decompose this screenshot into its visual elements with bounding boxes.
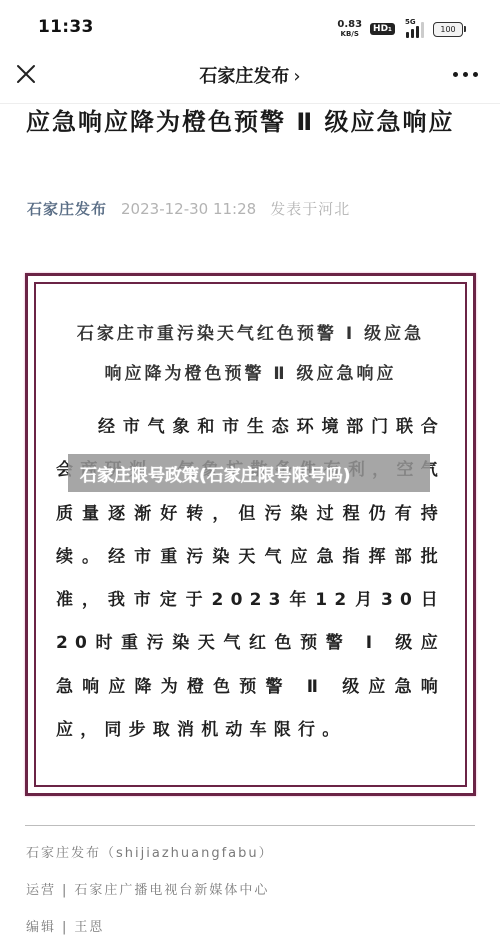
account-name-link[interactable]: 石家庄发布 (27, 198, 107, 219)
account-title-link[interactable]: 石家庄发布› (0, 62, 500, 88)
operator-label: 运营 (26, 883, 56, 898)
notice-heading-line2: 响应降为橙色预警 Ⅱ 级应急响应 (36, 354, 465, 394)
notice-heading-line1: 石家庄市重污染天气红色预警 Ⅰ 级应急 (36, 314, 465, 354)
status-time: 11:33 (38, 17, 94, 37)
notice-inner-frame: 石家庄市重污染天气红色预警 Ⅰ 级应急 响应降为橙色预警 Ⅱ 级应急响应 经市气… (34, 282, 467, 787)
status-icons: 0.83 KB/S HD₁ 5G 100 (337, 18, 466, 40)
footer-divider (25, 825, 475, 826)
notice-heading: 石家庄市重污染天气红色预警 Ⅰ 级应急 响应降为橙色预警 Ⅱ 级应急响应 (36, 314, 465, 394)
operator-value: 石家庄广播电视台新媒体中心 (74, 883, 269, 898)
footer-source: 石家庄发布（shijiazhuangfabu） (26, 842, 274, 861)
more-button[interactable] (453, 72, 478, 77)
nav-bar: 石家庄发布› (0, 52, 500, 98)
notice-image[interactable]: 石家庄市重污染天气红色预警 Ⅰ 级应急 响应降为橙色预警 Ⅱ 级应急响应 经市气… (25, 273, 476, 796)
more-icon-dot (473, 72, 478, 77)
publish-date: 2023-12-30 11:28 (121, 200, 256, 218)
publish-location: 发表于河北 (270, 198, 350, 219)
footer-operator: 运营|石家庄广播电视台新媒体中心 (26, 879, 269, 898)
hd-icon: HD₁ (370, 23, 395, 35)
more-icon-dot (463, 72, 468, 77)
network-type: 5G (405, 18, 416, 26)
editor-label: 编辑 (26, 920, 56, 935)
nav-title: 石家庄发布 (199, 66, 289, 87)
status-bar: 11:33 0.83 KB/S HD₁ 5G 100 (0, 0, 500, 52)
chevron-right-icon: › (293, 66, 300, 87)
separator: | (62, 920, 68, 935)
footer-editor: 编辑|王恩 (26, 916, 104, 935)
overlay-caption: 石家庄限号政策(石家庄限号限号吗) (68, 454, 430, 492)
article-title: 应急响应降为橙色预警 Ⅱ 级应急响应 (26, 103, 466, 141)
signal-icon: 5G (403, 20, 425, 38)
battery-icon: 100 (433, 22, 466, 37)
separator: | (62, 883, 68, 898)
battery-level: 100 (433, 22, 463, 37)
article-meta: 石家庄发布 2023-12-30 11:28 发表于河北 (27, 198, 350, 219)
network-speed-value: 0.83 (337, 20, 362, 30)
network-speed-unit: KB/S (341, 31, 359, 38)
more-icon-dot (453, 72, 458, 77)
editor-value: 王恩 (74, 920, 104, 935)
network-speed: 0.83 KB/S (337, 20, 362, 38)
